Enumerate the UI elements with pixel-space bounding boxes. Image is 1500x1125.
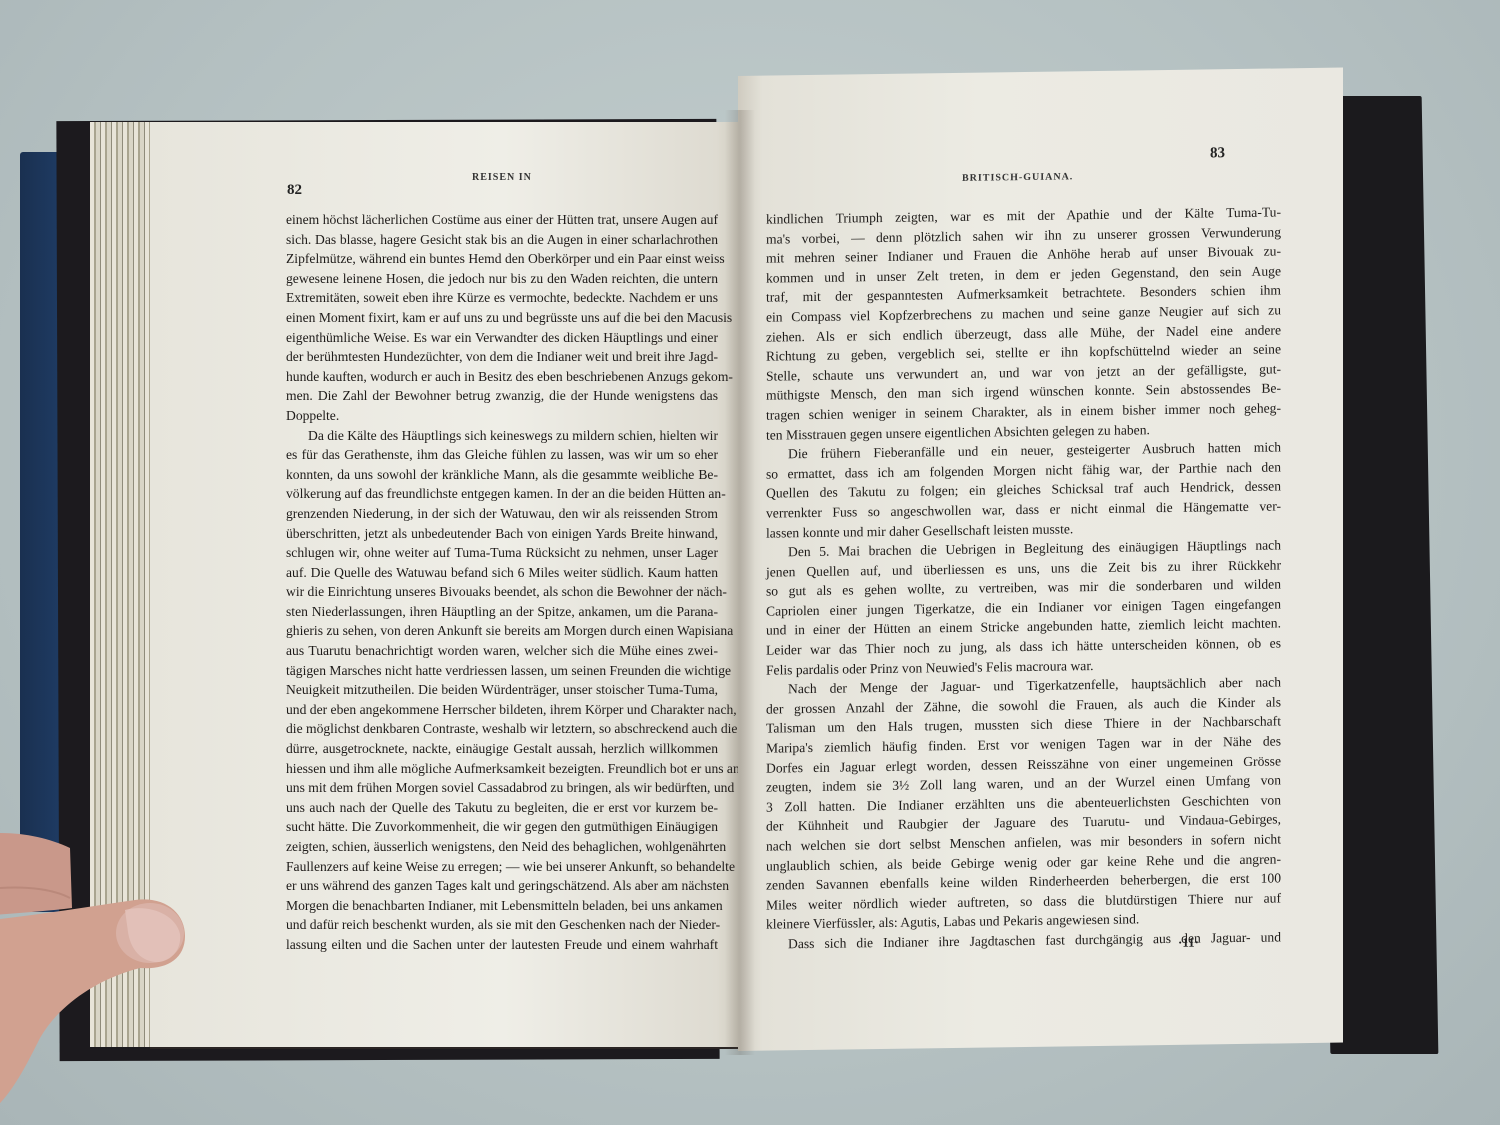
signature-mark: ·11· (1178, 935, 1199, 951)
left-page-text: einem höchst lächerlichen Costüme aus ei… (286, 210, 718, 955)
running-head-right: BRITISCH-GUIANA. (962, 171, 1073, 184)
text-line: sich. Das blasse, hagere Gesicht stak bi… (286, 230, 718, 250)
text-line: sucht hätte. Die Zuvorkommenheit, die wi… (286, 817, 718, 837)
right-page[interactable]: 83 BRITISCH-GUIANA. kindlichen Triumph z… (738, 68, 1343, 1051)
text-line: hunde kauften, wodurch er auch in Besitz… (286, 367, 718, 387)
text-line: wir die Einrichtung unseres Bivouaks bee… (286, 582, 718, 602)
text-line: auf. Die Quelle des Watuwau befand sich … (286, 563, 718, 583)
text-line: Faullenzers auf keine Weise zu erregen; … (286, 857, 718, 877)
text-line: Zipfelmütze, während ein buntes Hemd den… (286, 249, 718, 269)
text-line: uns auch nach der Quelle des Takutu zu b… (286, 798, 718, 818)
right-page-text: kindlichen Triumph zeigten, war es mit d… (766, 202, 1281, 954)
text-line: uns mit dem frühen Morgen soviel Cassada… (286, 778, 718, 798)
text-line: einen Moment fixirt, kam er auf uns zu u… (286, 308, 718, 328)
left-page[interactable]: 82 REISEN IN einem höchst lächerlichen C… (150, 122, 740, 1047)
text-line: men. Die Zahl der Bewohner betrug zwanzi… (286, 386, 718, 406)
text-line: gewesene leinene Hosen, die jedoch nur b… (286, 269, 718, 289)
text-line: dürre, ausgetrocknete, nackte, einäugige… (286, 739, 718, 759)
text-line: hiessen und ihm alle mögliche Aufmerksam… (286, 759, 718, 779)
text-line: tägigen Marsches nicht hatte verdriessen… (286, 661, 718, 681)
page-number-right: 83 (1210, 145, 1225, 162)
text-line: er uns während des ganzen Tages kalt und… (286, 876, 718, 896)
text-line: sten Niederlassungen, ihren Häuptling an… (286, 602, 718, 622)
text-line: der berühmtesten Hundezüchter, von dem d… (286, 347, 718, 367)
text-line: Extremitäten, soweit eben ihre Kürze es … (286, 288, 718, 308)
text-line: Da die Kälte des Häuptlings sich keinesw… (286, 426, 718, 446)
text-line: es für das Gerathenste, ihm das Gleiche … (286, 445, 718, 465)
text-line: ghieris zu sehen, von deren Ankunft sie … (286, 621, 718, 641)
text-line: Morgen die benachbarten Indianer, mit Le… (286, 896, 718, 916)
text-line: völkerung auf das freundlichste entgegen… (286, 484, 718, 504)
text-line: die möglichst denkbaren Contraste, wesha… (286, 719, 718, 739)
text-line: grenzenden Niederung, in der sich der Wa… (286, 504, 718, 524)
text-line: eigenthümliche Weise. Es war ein Verwand… (286, 328, 718, 348)
text-line: lassung eilten und die Sachen unter der … (286, 935, 718, 955)
text-line: und dafür reich beschenkt wurden, als si… (286, 915, 718, 935)
page-number-left: 82 (287, 182, 302, 199)
running-head-left: REISEN IN (472, 172, 532, 183)
text-line: zeigten, schien, äusserlich wenigstens, … (286, 837, 718, 857)
text-line: Neuigkeit mitzutheilen. Die beiden Würde… (286, 680, 718, 700)
text-line: und der eben angekommene Herrscher bilde… (286, 700, 718, 720)
text-line: überschritten, jetzt als unbedeutender B… (286, 524, 718, 544)
text-line: schlugen wir, ohne weiter auf Tuma-Tuma … (286, 543, 718, 563)
text-line: konnten, da uns sowohl der kränkliche Ma… (286, 465, 718, 485)
text-line: einem höchst lächerlichen Costüme aus ei… (286, 210, 718, 230)
text-line: aus Tuarutu benachrichtigt worden waren,… (286, 641, 718, 661)
text-line: Doppelte. (286, 406, 718, 426)
